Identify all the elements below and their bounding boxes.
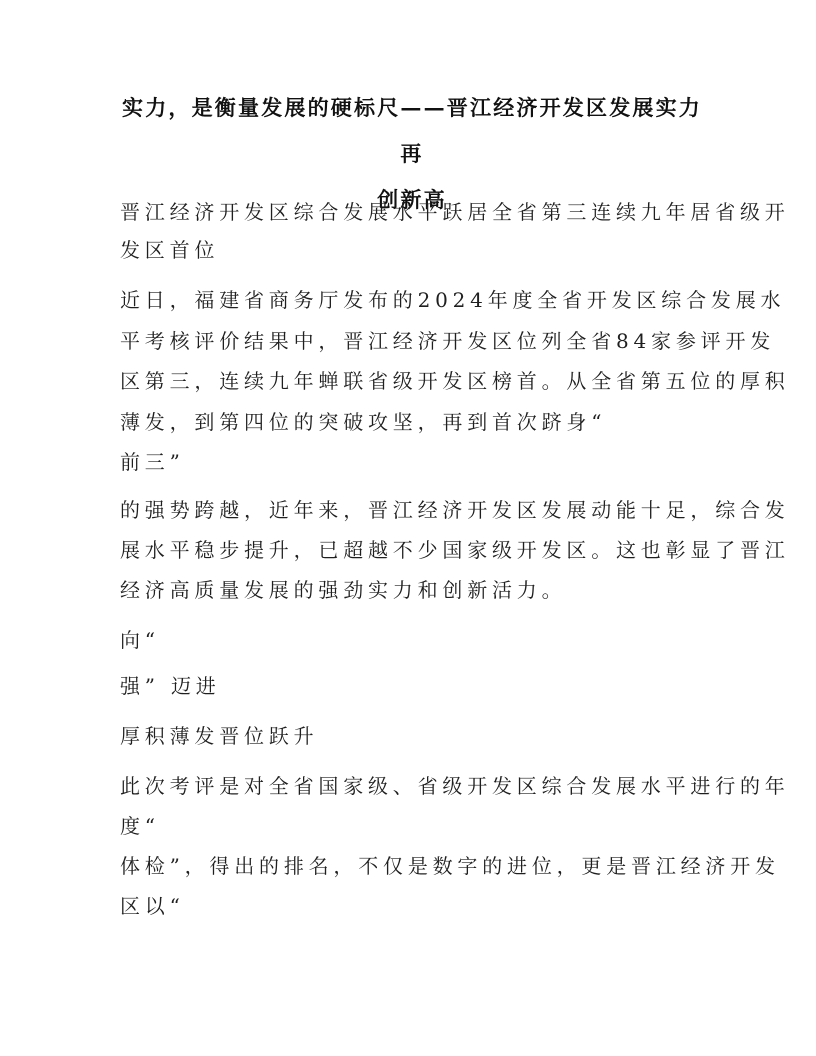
- paragraph2-line-3: 经济高质量发展的强劲实力和创新活力。: [120, 577, 720, 603]
- paragraph3-line-2: 度“: [120, 813, 720, 839]
- paragraph3-line-1: 此次考评是对全省国家级、省级开发区综合发展水平进行的年: [120, 773, 720, 799]
- heading1-line-1: 向“: [120, 627, 720, 653]
- paragraph3-line-3: 体检”，得出的排名，不仅是数字的进位，更是晋江经济开发: [120, 853, 720, 879]
- title-line-1: 实力，是衡量发展的硬标尺——晋江经济开发区发展实力再: [120, 85, 704, 177]
- heading1-line-2: 强” 迈进: [120, 673, 720, 699]
- paragraph1-line-4: 薄发，到第四位的突破攻坚，再到首次跻身“: [120, 409, 720, 435]
- paragraph1-line-3: 区第三，连续九年蝉联省级开发区榜首。从全省第五位的厚积: [120, 368, 720, 394]
- subtitle-line-2: 发区首位: [120, 237, 720, 263]
- paragraph2-line-2: 展水平稳步提升，已超越不少国家级开发区。这也彰显了晋江: [120, 537, 720, 563]
- document-page: 实力，是衡量发展的硬标尺——晋江经济开发区发展实力再 创新高 晋江经济开发区综合…: [0, 0, 816, 1056]
- paragraph1-line-1: 近日，福建省商务厅发布的2024年度全省开发区综合发展水: [120, 287, 720, 313]
- paragraph1-line-5: 前三”: [120, 449, 720, 475]
- paragraph2-line-1: 的强势跨越，近年来，晋江经济开发区发展动能十足，综合发: [120, 497, 720, 523]
- paragraph3-line-4: 区以“: [120, 893, 720, 919]
- paragraph1-line-2: 平考核评价结果中，晋江经济开发区位列全省84家参评开发: [120, 328, 720, 354]
- heading2: 厚积薄发晋位跃升: [120, 723, 720, 749]
- subtitle-line-1: 晋江经济开发区综合发展水平跃居全省第三连续九年居省级开: [120, 199, 720, 225]
